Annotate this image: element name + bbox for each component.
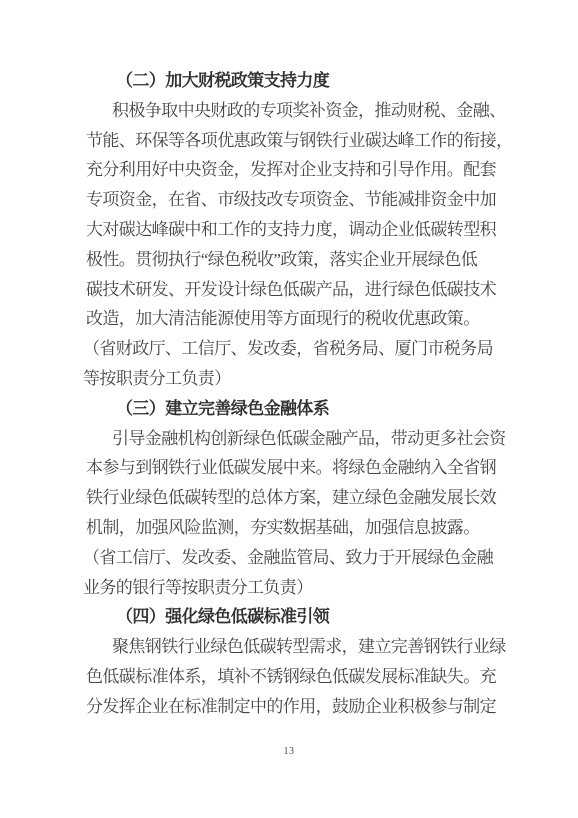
text-line: 碳技术研发、开发设计绿色低碳产品，进行绿色低碳技术 — [86, 275, 524, 305]
text-line: 机制，加强风险监测，夯实数据基础，加强信息披露。 — [86, 513, 524, 543]
text-line: 引导金融机构创新绿色低碳金融产品，带动更多社会资 — [86, 424, 524, 454]
text-line: 大对碳达峰碳中和工作的支持力度，调动企业低碳转型积 — [86, 215, 524, 245]
page-number: 13 — [0, 745, 578, 759]
text-line: 分发挥企业在标准制定中的作用，鼓励企业积极参与制定 — [86, 692, 524, 722]
text-line: 专项资金，在省、市级技改专项资金、节能减排资金中加 — [86, 185, 524, 215]
text-line: 色低碳标准体系，填补不锈钢绿色低碳发展标准缺失。充 — [86, 662, 524, 692]
text-line: 积极争取中央财政的专项奖补资金，推动财税、金融、 — [86, 96, 524, 126]
text-line: 改造，加大清洁能源使用等方面现行的税收优惠政策。 — [86, 304, 524, 334]
attribution-line: （省财政厅、工信厅、发改委，省税务局、厦门市税务局 — [86, 334, 524, 364]
section-heading: （四）强化绿色低碳标准引领 — [86, 602, 524, 632]
text-line: 本参与到钢铁行业低碳发展中来。将绿色金融纳入全省钢 — [86, 453, 524, 483]
section-heading: （三）建立完善绿色金融体系 — [86, 394, 524, 424]
attribution-line: 业务的银行等按职责分工负责） — [86, 573, 524, 603]
attribution-line: （省工信厅、发改委、金融监管局、致力于开展绿色金融 — [86, 543, 524, 573]
text-line: 极性。贯彻执行“绿色税收”政策，落实企业开展绿色低 — [86, 245, 524, 275]
page-content: （二）加大财税政策支持力度 积极争取中央财政的专项奖补资金，推动财税、金融、 节… — [86, 66, 524, 722]
text-line: 充分利用好中央资金，发挥对企业支持和引导作用。配套 — [86, 155, 524, 185]
section-heading: （二）加大财税政策支持力度 — [86, 66, 524, 96]
text-line: 铁行业绿色低碳转型的总体方案，建立绿色金融发展长效 — [86, 483, 524, 513]
attribution-line: 等按职责分工负责） — [86, 364, 524, 394]
text-line: 聚焦钢铁行业绿色低碳转型需求，建立完善钢铁行业绿 — [86, 632, 524, 662]
document-page: （二）加大财税政策支持力度 积极争取中央财政的专项奖补资金，推动财税、金融、 节… — [0, 0, 578, 818]
text-line: 节能、环保等各项优惠政策与钢铁行业碳达峰工作的衔接， — [86, 126, 524, 156]
